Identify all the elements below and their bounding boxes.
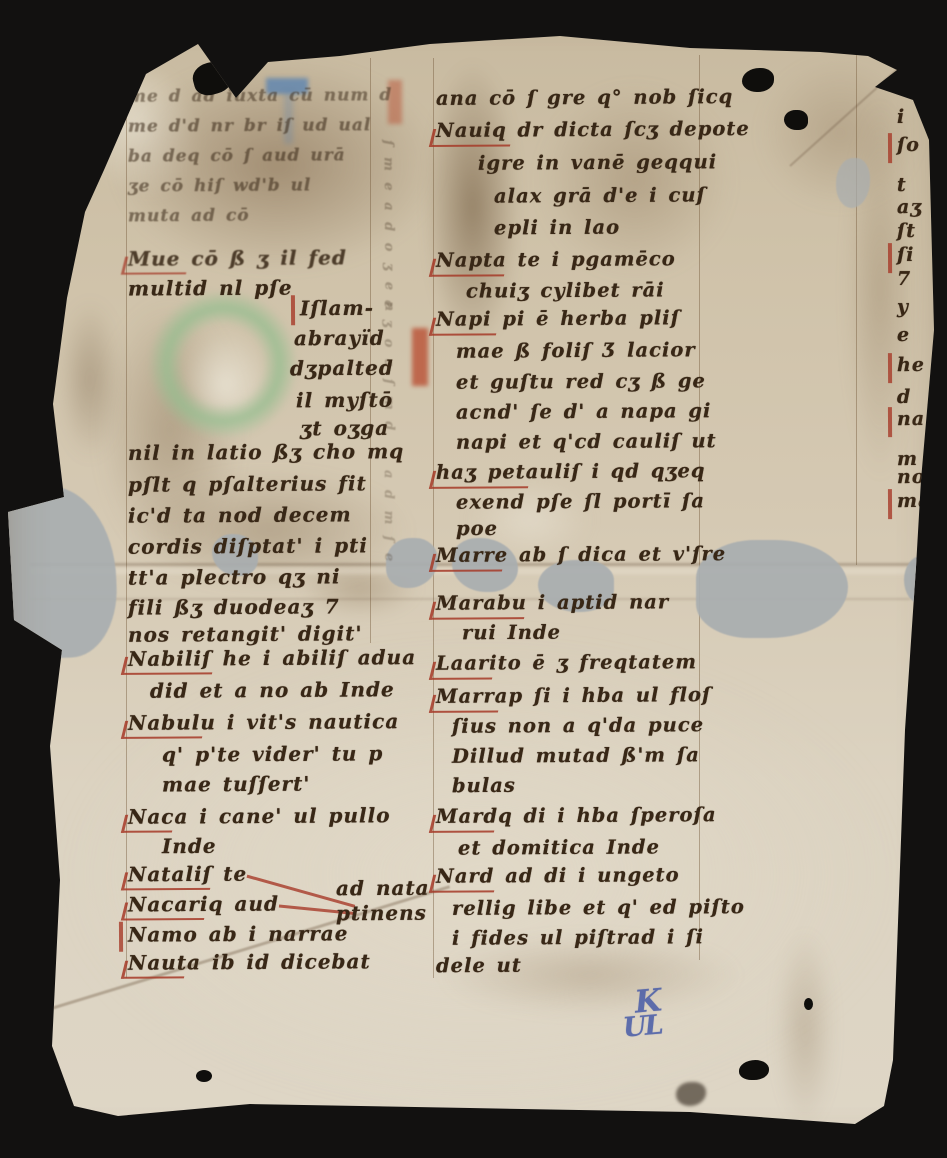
text-run: y xyxy=(897,296,909,318)
rubric-bar xyxy=(888,407,892,437)
text-line: Marre ab ſ dica et v'ſre xyxy=(436,544,726,565)
text-run: Marre ab ſ dica et v'ſre xyxy=(436,542,726,567)
text-run: na xyxy=(897,408,925,430)
text-line: muta ad cō xyxy=(128,208,250,226)
rubric-mark xyxy=(121,256,190,274)
text-line: chuiʒ cylibet rāi xyxy=(466,280,665,301)
text-run: nos retangit' digit' xyxy=(128,621,363,646)
ink-blot xyxy=(676,1082,706,1106)
red-smudge xyxy=(388,80,402,124)
text-run: me d ad iuxta cū num d xyxy=(128,85,392,107)
text-line: igre in vanē geqqui xyxy=(478,152,717,173)
rubric-bar xyxy=(119,922,123,952)
text-run: Napta te i pgamēco xyxy=(436,247,676,271)
text-line: bulas xyxy=(452,776,516,796)
fold-crease xyxy=(789,65,902,167)
text-line: ʒt oʒga xyxy=(300,418,389,439)
text-run: me d'd nr br iſ ud ual xyxy=(128,115,371,136)
text-line: abrayïd xyxy=(294,328,385,349)
text-line: cordis diſptat' i pti xyxy=(128,535,368,556)
manuscript-leaf: me d ad iuxta cū num dme d'd nr br iſ ud… xyxy=(0,0,947,1158)
text-line: tt'a plectro qʒ ni xyxy=(128,566,341,587)
text-run: ſius non a q'da puce xyxy=(452,713,704,738)
rubric-mark xyxy=(429,128,514,147)
rubric-mark xyxy=(429,601,528,620)
text-run: mae ß foliſ Ʒ lacior xyxy=(456,338,696,362)
text-line: Mardq di i hba ſperoſa xyxy=(436,805,717,826)
text-run: epli in lao xyxy=(494,216,620,240)
blue-smudge xyxy=(284,92,293,144)
hole xyxy=(196,1070,212,1082)
hole xyxy=(784,110,808,130)
text-run: Namo ab i narrae xyxy=(128,921,349,946)
text-run: a d m ſ e xyxy=(381,470,397,563)
text-run: aʒ xyxy=(897,196,922,218)
stain xyxy=(760,58,920,208)
text-run: Nard ad di i ungeto xyxy=(436,863,680,887)
ruling-line xyxy=(856,45,857,565)
rubric-mark xyxy=(121,656,216,675)
text-line: i xyxy=(897,108,905,127)
rubric-bar xyxy=(888,353,892,383)
text-line: exend pſe ſl portī ſa xyxy=(456,491,705,512)
stain xyxy=(775,930,835,1130)
text-line: ba deq cō ſ aud urā xyxy=(128,147,346,165)
repair-patch xyxy=(212,534,258,576)
rubric-bar xyxy=(888,243,892,273)
rubric-mark xyxy=(121,720,206,739)
text-line: multid nl pſe xyxy=(128,277,293,298)
text-line: Marrap ſi i hba ul floſ xyxy=(436,685,712,706)
text-run: m xyxy=(897,448,918,470)
text-line: dʒpalted xyxy=(290,358,394,379)
text-line: alax grā d'e i cuſ xyxy=(494,185,706,206)
rubric-mark xyxy=(121,872,214,891)
text-line: Naca i cane' ul pullo xyxy=(128,805,391,827)
text-run: Nauiq dr dicta ſcʒ depote xyxy=(436,117,750,142)
green-stain xyxy=(148,292,298,437)
text-run: ptinens xyxy=(336,901,427,926)
text-run: bulas xyxy=(452,774,516,797)
text-run: acnd' ſe d' a napa gi xyxy=(456,399,712,424)
text-run: igre in vanē geqqui xyxy=(478,150,717,174)
rubric-bar xyxy=(888,133,892,163)
text-run: Nabiliſ he i abiliſ adua xyxy=(128,645,416,671)
ruling-line xyxy=(370,58,371,643)
text-run: Marrap ſi i hba ul floſ xyxy=(436,683,712,708)
blue-smudge xyxy=(266,78,308,94)
text-line: Napi pi ē herba pliſ xyxy=(436,308,680,329)
text-line: mae ß foliſ Ʒ lacior xyxy=(456,340,696,361)
text-line: et guſtu red cʒ ß ge xyxy=(456,371,706,392)
rubric-mark xyxy=(121,960,188,978)
photograph-background: me d ad iuxta cū num dme d'd nr br iſ ud… xyxy=(0,0,947,1158)
text-run: Inde xyxy=(162,834,217,858)
rubric-mark xyxy=(429,553,506,571)
text-line: ad nata xyxy=(336,878,430,899)
text-run: Marabu i aptid nar xyxy=(436,590,669,614)
text-run: Nabulu i vit's nautica xyxy=(128,709,399,735)
rubric-tail-stroke xyxy=(247,875,356,908)
stain xyxy=(425,62,520,352)
fold-crease xyxy=(48,885,451,1011)
text-run: cordis diſptat' i pti xyxy=(128,533,368,558)
text-line: ſt xyxy=(897,222,916,241)
repair-patch xyxy=(538,560,614,612)
stain xyxy=(60,640,900,1110)
text-line: nos retangit' digit' xyxy=(128,623,363,644)
repair-patch xyxy=(0,484,119,660)
text-line: ana cō ſ gre q° nob ſicq xyxy=(436,87,733,108)
text-line: ſ m e a d o ʒ e n xyxy=(381,140,395,313)
text-run: Nataliſ te xyxy=(128,862,247,887)
stain xyxy=(60,300,120,460)
edge-shading xyxy=(0,0,947,1158)
text-run: il myſtō xyxy=(296,388,393,413)
rubric-mark xyxy=(429,470,532,489)
text-run: dele ut xyxy=(436,954,522,978)
text-run: tt'a plectro qʒ ni xyxy=(128,564,341,589)
text-line: ma xyxy=(897,492,932,511)
text-line: ſius non a q'da puce xyxy=(452,715,704,736)
text-line: ſi xyxy=(897,246,915,265)
text-line: d xyxy=(897,388,911,407)
manuscript-text: me d ad iuxta cū num dme d'd nr br iſ ud… xyxy=(0,0,947,1158)
text-run: fili ßʒ duodeaʒ 7 xyxy=(128,594,340,619)
repair-patch xyxy=(386,538,438,588)
text-run: alax grā d'e i cuſ xyxy=(494,183,706,207)
text-run: Naca i cane' ul pullo xyxy=(128,803,391,829)
red-smudge xyxy=(412,328,428,386)
text-line: ſo xyxy=(897,136,920,155)
text-run: e ʒ o a ſ m d xyxy=(381,300,397,432)
text-run: ſ m e a d o ʒ e n xyxy=(380,140,396,313)
rubric-mark xyxy=(429,661,496,679)
text-line: Nauta ib id dicebat xyxy=(128,951,371,972)
text-run: rellig libe et q' ed piſto xyxy=(452,895,745,920)
hole xyxy=(742,68,774,92)
library-stamp: K UL xyxy=(620,988,665,1043)
text-line: e ʒ o a ſ m d xyxy=(382,300,396,432)
text-run: muta ad cō xyxy=(128,206,250,227)
text-line: i fides ul piſtrad i ſi xyxy=(452,927,704,948)
text-run: ſt xyxy=(897,220,916,242)
text-line: Nabulu i vit's nautica xyxy=(128,711,399,733)
repair-patch xyxy=(452,538,518,592)
text-line: Napta te i pgamēco xyxy=(436,249,676,270)
stain xyxy=(845,100,915,480)
text-line: fili ßʒ duodeaʒ 7 xyxy=(128,596,340,617)
stain xyxy=(440,935,740,1015)
stain xyxy=(300,558,420,618)
repair-patch xyxy=(904,556,938,604)
stain xyxy=(540,85,730,275)
text-line: Iſlam- xyxy=(300,298,374,318)
text-line: acnd' ſe d' a napa gi xyxy=(456,401,712,422)
ruling-line xyxy=(699,55,700,960)
text-line: did et a no ab Inde xyxy=(150,679,395,700)
text-run: napi et q'cd cauliſ ut xyxy=(456,429,717,454)
text-line: ic'd ta nod decem xyxy=(128,504,352,525)
text-run: dʒpalted xyxy=(290,356,394,381)
text-run: Iſlam- xyxy=(300,296,374,320)
rubric-bar xyxy=(291,295,295,325)
text-line: Nacariq aud xyxy=(128,894,279,915)
text-line: mae tuſſert' xyxy=(162,774,311,795)
text-run: ma xyxy=(897,490,932,512)
text-run: ic'd ta nod decem xyxy=(128,502,352,527)
text-line: y xyxy=(897,298,909,317)
text-line: Laarito ē ʒ freqtatem xyxy=(436,652,697,673)
rubric-mark xyxy=(429,694,502,712)
text-line: na xyxy=(897,410,925,429)
text-run: mae tuſſert' xyxy=(162,772,311,797)
worn-spot xyxy=(180,330,270,440)
text-run: ſo xyxy=(897,134,920,156)
repair-patch xyxy=(836,158,870,208)
rubric-mark xyxy=(429,258,508,276)
text-line: me d'd nr br iſ ud ual xyxy=(128,117,371,135)
text-line: ʒe cō hiſ wd'b ul xyxy=(128,177,312,195)
rubric-tail-stroke xyxy=(279,905,355,915)
text-line: me d ad iuxta cū num d xyxy=(128,87,392,106)
rubric-mark xyxy=(121,815,176,833)
text-run: poe xyxy=(456,517,498,540)
text-line: aʒ xyxy=(897,198,922,217)
fold-crease xyxy=(30,563,920,566)
text-line: pſlt q pſalterius fit xyxy=(128,473,367,494)
text-run: multid nl pſe xyxy=(128,275,293,300)
text-run: ba deq cō ſ aud urā xyxy=(128,145,346,166)
text-run: ſi xyxy=(897,244,915,266)
rubric-mark xyxy=(121,902,208,921)
stain xyxy=(100,300,240,560)
stain xyxy=(49,32,228,222)
text-line: ptinens xyxy=(336,903,427,924)
text-run: t xyxy=(897,174,907,196)
text-run: Laarito ē ʒ freqtatem xyxy=(436,650,697,675)
hole xyxy=(190,57,237,98)
rubric-mark xyxy=(429,814,498,832)
text-run: et guſtu red cʒ ß ge xyxy=(456,369,706,394)
text-line: Mue cō ß ʒ il fed xyxy=(128,247,347,268)
text-line: Nard ad di i ungeto xyxy=(436,865,680,886)
text-line: epli in lao xyxy=(494,218,620,238)
text-run: Mardq di i hba ſperoſa xyxy=(436,803,717,828)
text-run: i fides ul piſtrad i ſi xyxy=(452,925,704,950)
text-line: Nataliſ te xyxy=(128,864,247,885)
text-run: chuiʒ cylibet rāi xyxy=(466,278,665,302)
text-line: q' p'te vider' tu p xyxy=(162,743,384,764)
text-line: he xyxy=(897,356,925,375)
text-line: poe xyxy=(456,519,498,539)
stain xyxy=(112,58,442,273)
text-line: nil in latio ßʒ cho mq xyxy=(128,441,404,463)
ruling-line xyxy=(433,58,434,978)
text-line: t xyxy=(897,176,907,195)
fold-crease xyxy=(30,598,910,600)
text-run: et domitica Inde xyxy=(458,835,660,859)
text-run: rui Inde xyxy=(462,621,561,645)
text-line: rui Inde xyxy=(462,623,561,643)
text-line: napi et q'cd cauliſ ut xyxy=(456,431,717,452)
text-line: dele ut xyxy=(436,956,522,976)
text-run: e xyxy=(897,324,910,346)
fold-crease xyxy=(30,568,920,574)
text-run: Nacariq aud xyxy=(128,892,279,917)
stamp-letters-ul: UL xyxy=(622,1009,665,1043)
text-run: ana cō ſ gre q° nob ſicq xyxy=(436,85,733,110)
text-line: a d m ſ e xyxy=(382,470,396,563)
text-run: 7 xyxy=(897,268,911,290)
text-line: Nabiliſ he i abiliſ adua xyxy=(128,647,416,669)
rubric-bar xyxy=(888,489,892,519)
text-line: Dillud mutad ß'm ſa xyxy=(452,745,700,766)
stain xyxy=(130,470,410,590)
text-line: il myſtō xyxy=(296,390,393,411)
text-run: Napi pi ē herba pliſ xyxy=(436,306,680,330)
text-run: abrayïd xyxy=(294,326,385,351)
text-run: haʒ petauliſ i qd qʒeq xyxy=(436,459,706,484)
text-run: Dillud mutad ß'm ſa xyxy=(452,743,700,768)
text-run: pſlt q pſalterius fit xyxy=(128,471,367,496)
text-line: 7 xyxy=(897,270,911,289)
text-line: Marabu i aptid nar xyxy=(436,592,669,613)
text-run: i xyxy=(897,106,905,128)
worn-spot xyxy=(470,480,590,560)
text-line: Namo ab i narrae xyxy=(128,923,349,944)
text-line: haʒ petauliſ i qd qʒeq xyxy=(436,461,706,482)
text-run: he xyxy=(897,354,925,376)
text-line: rellig libe et q' ed piſto xyxy=(452,897,745,918)
text-run: Nauta ib id dicebat xyxy=(128,949,371,974)
text-line: m xyxy=(897,450,918,469)
hole xyxy=(739,1060,769,1080)
text-run: did et a no ab Inde xyxy=(150,677,395,702)
text-line: no xyxy=(897,468,926,487)
text-run: ad nata xyxy=(336,876,430,901)
ruling-line xyxy=(126,58,127,978)
text-line: Nauiq dr dicta ſcʒ depote xyxy=(436,119,750,140)
text-line: e xyxy=(897,326,910,345)
stamp-letter-k: K xyxy=(634,988,663,1015)
repair-patch xyxy=(696,540,848,638)
text-line: et domitica Inde xyxy=(458,837,660,858)
text-run: q' p'te vider' tu p xyxy=(162,741,384,766)
rubric-mark xyxy=(429,874,498,892)
text-run: exend pſe ſl portī ſa xyxy=(456,489,705,514)
text-line: Inde xyxy=(162,836,217,856)
text-run: ʒe cō hiſ wd'b ul xyxy=(128,175,312,196)
text-run: d xyxy=(897,386,911,408)
text-run: ʒt oʒga xyxy=(300,416,389,441)
text-run: no xyxy=(897,466,926,488)
rubric-mark xyxy=(429,317,500,335)
text-run: nil in latio ßʒ cho mq xyxy=(128,439,404,465)
hole xyxy=(804,998,813,1010)
text-run: Mue cō ß ʒ il fed xyxy=(128,245,347,270)
